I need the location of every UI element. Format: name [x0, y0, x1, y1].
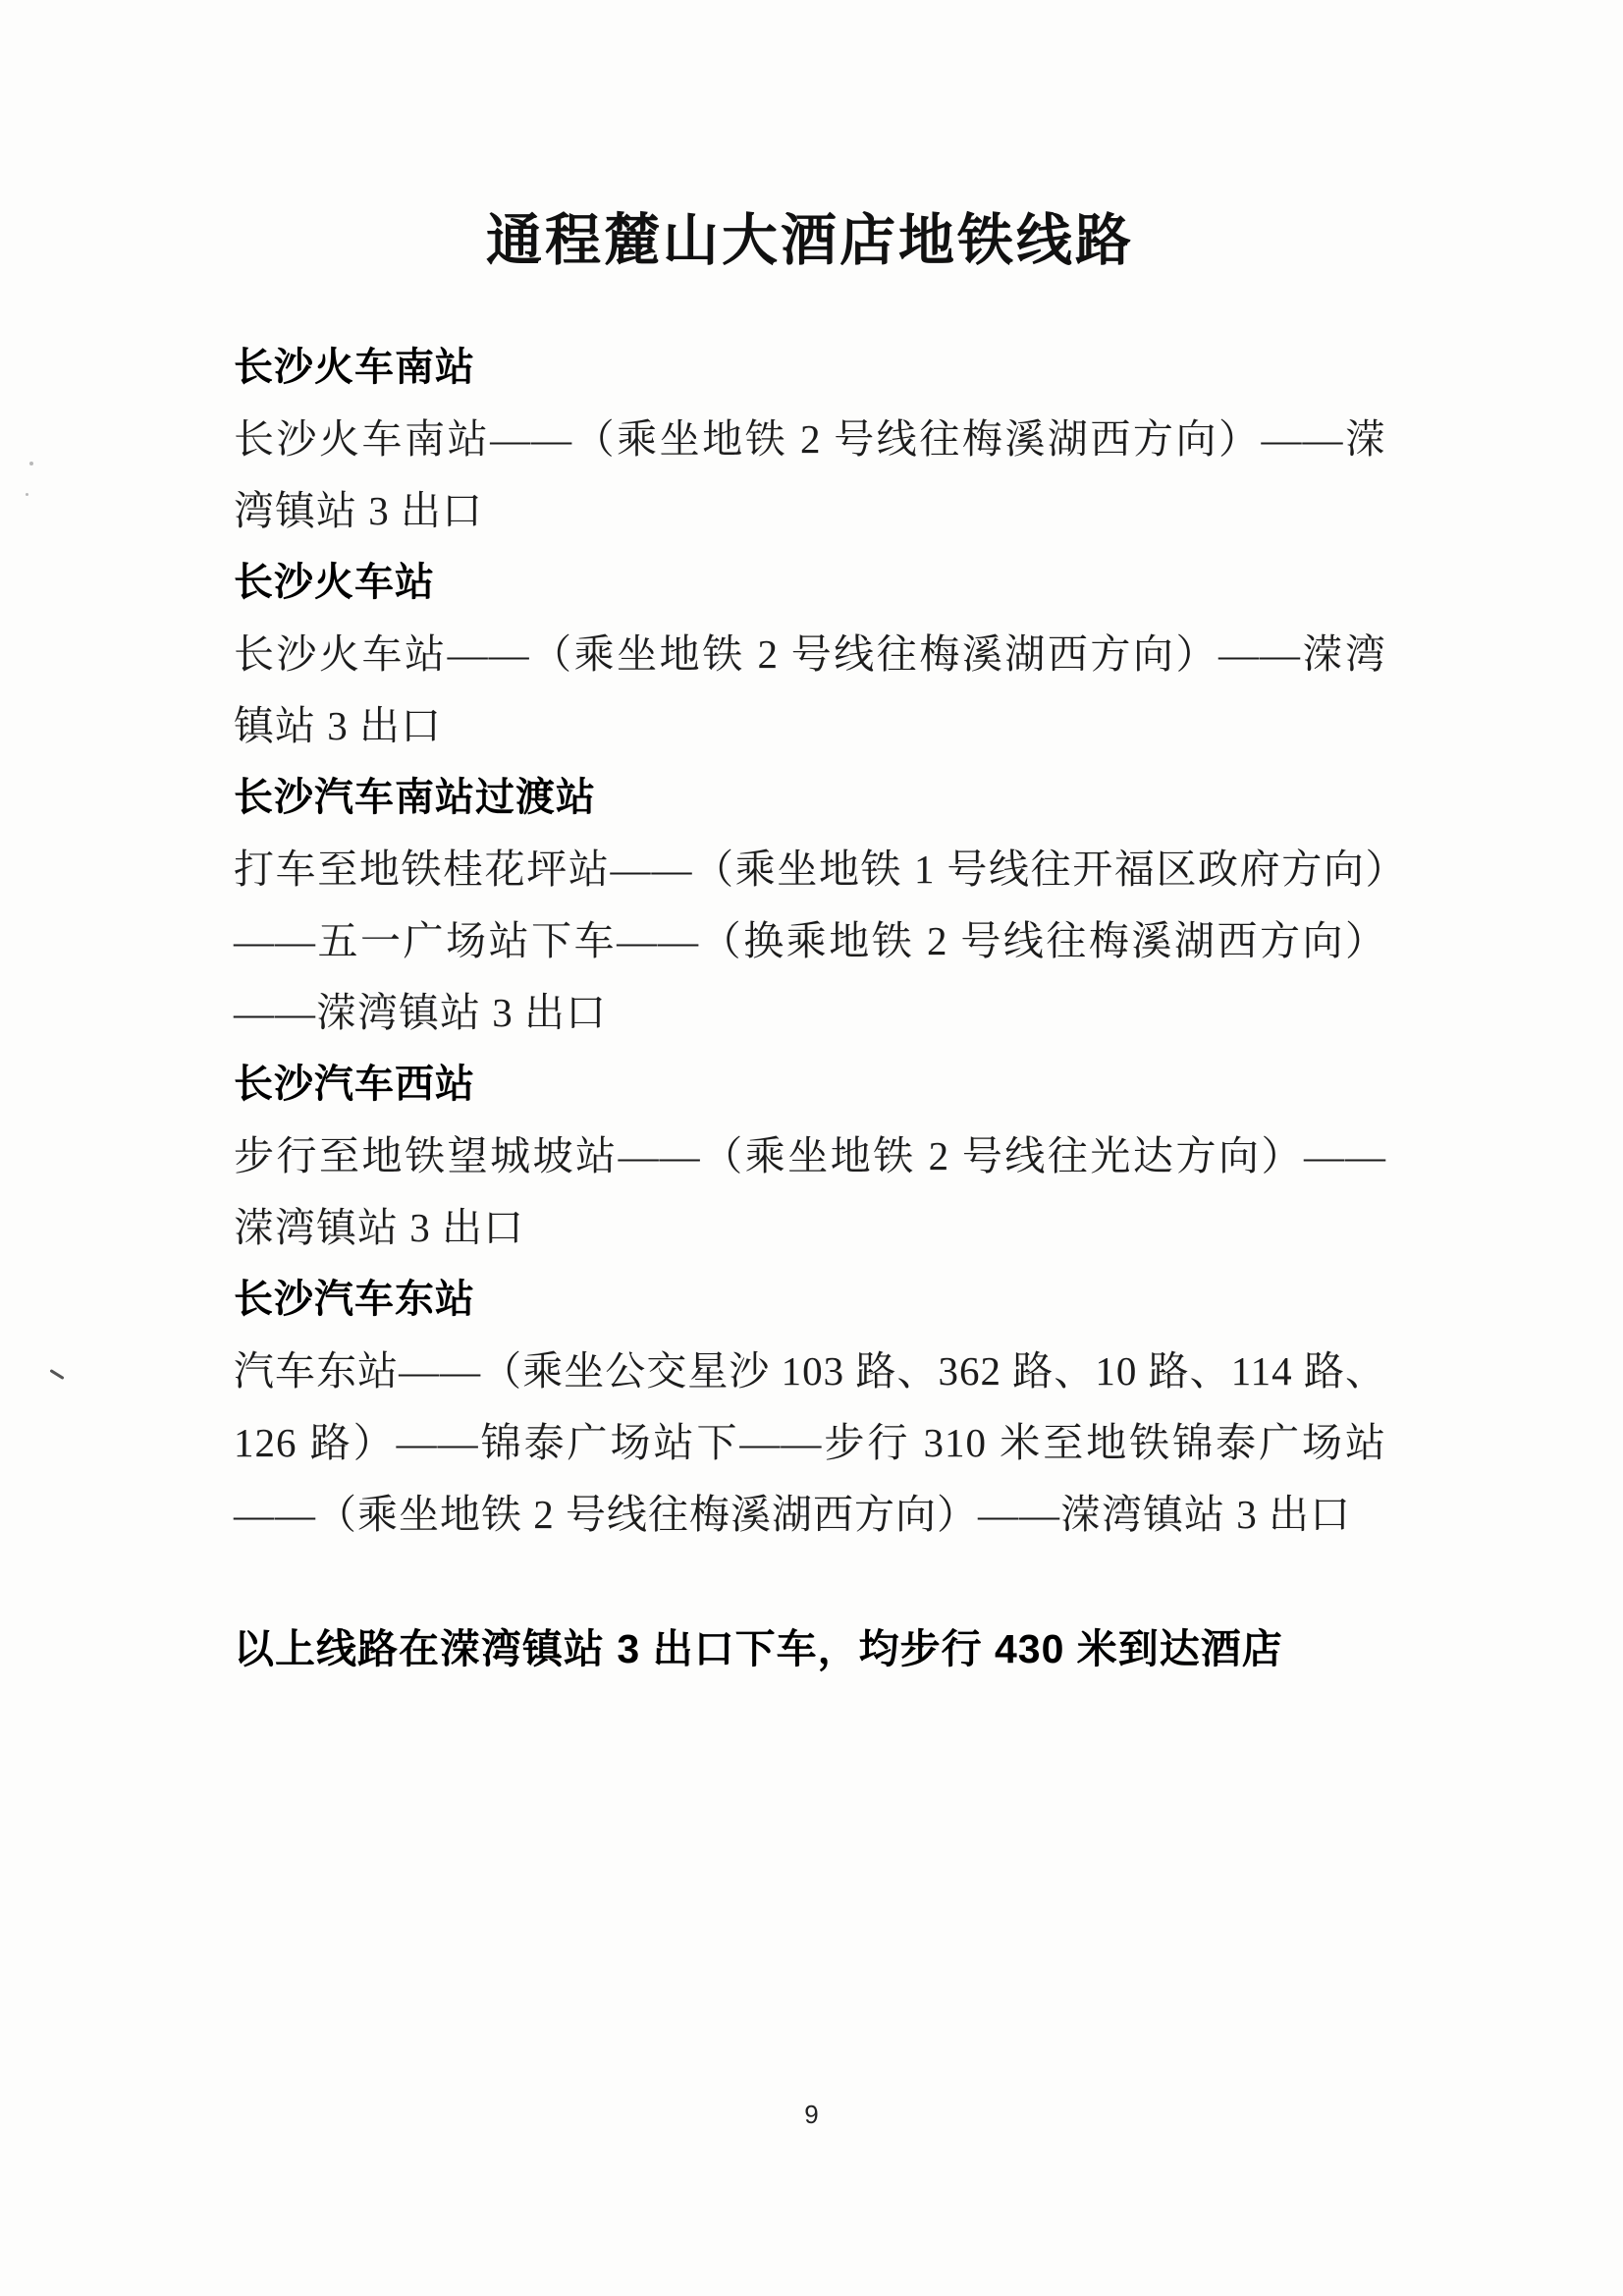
route-section-changsha-railway-south: 长沙火车南站 长沙火车南站——（乘坐地铁 2 号线往梅溪湖西方向）——溁湾镇站 …: [234, 332, 1386, 547]
section-heading: 长沙汽车西站: [234, 1049, 1386, 1121]
route-section-changsha-railway: 长沙火车站 长沙火车站——（乘坐地铁 2 号线往梅溪湖西方向）——溁湾镇站 3 …: [234, 547, 1386, 762]
section-heading: 长沙火车站: [234, 547, 1386, 619]
scan-speck: [26, 493, 28, 496]
document-title: 通程麓山大酒店地铁线路: [234, 208, 1386, 275]
route-description: 长沙火车南站——（乘坐地铁 2 号线往梅溪湖西方向）——溁湾镇站 3 出口: [234, 404, 1386, 547]
section-heading: 长沙汽车南站过渡站: [234, 762, 1386, 834]
section-heading: 长沙汽车东站: [234, 1264, 1386, 1336]
route-section-changsha-bus-east: 长沙汽车东站 汽车东站——（乘坐公交星沙 103 路、362 路、10 路、11…: [234, 1264, 1386, 1551]
section-heading: 长沙火车南站: [234, 332, 1386, 404]
document-content: 通程麓山大酒店地铁线路 长沙火车南站 长沙火车南站——（乘坐地铁 2 号线往梅溪…: [234, 208, 1386, 1678]
document-page: 通程麓山大酒店地铁线路 长沙火车南站 长沙火车南站——（乘坐地铁 2 号线往梅溪…: [0, 0, 1623, 2296]
scan-speck: [29, 462, 33, 465]
route-description: 步行至地铁望城坡站——（乘坐地铁 2 号线往光达方向）——溁湾镇站 3 出口: [234, 1121, 1386, 1264]
route-description: 打车至地铁桂花坪站——（乘坐地铁 1 号线往开福区政府方向）——五一广场站下车—…: [234, 834, 1386, 1049]
scan-stray-mark: [49, 1369, 64, 1380]
page-number: 9: [0, 2100, 1623, 2130]
route-description: 汽车东站——（乘坐公交星沙 103 路、362 路、10 路、114 路、126…: [234, 1336, 1386, 1551]
route-section-changsha-bus-west: 长沙汽车西站 步行至地铁望城坡站——（乘坐地铁 2 号线往光达方向）——溁湾镇站…: [234, 1049, 1386, 1264]
summary-note: 以上线路在溁湾镇站 3 出口下车，均步行 430 米到达酒店: [234, 1619, 1386, 1678]
route-description: 长沙火车站——（乘坐地铁 2 号线往梅溪湖西方向）——溁湾镇站 3 出口: [234, 619, 1386, 762]
route-section-changsha-bus-south-transition: 长沙汽车南站过渡站 打车至地铁桂花坪站——（乘坐地铁 1 号线往开福区政府方向）…: [234, 762, 1386, 1049]
